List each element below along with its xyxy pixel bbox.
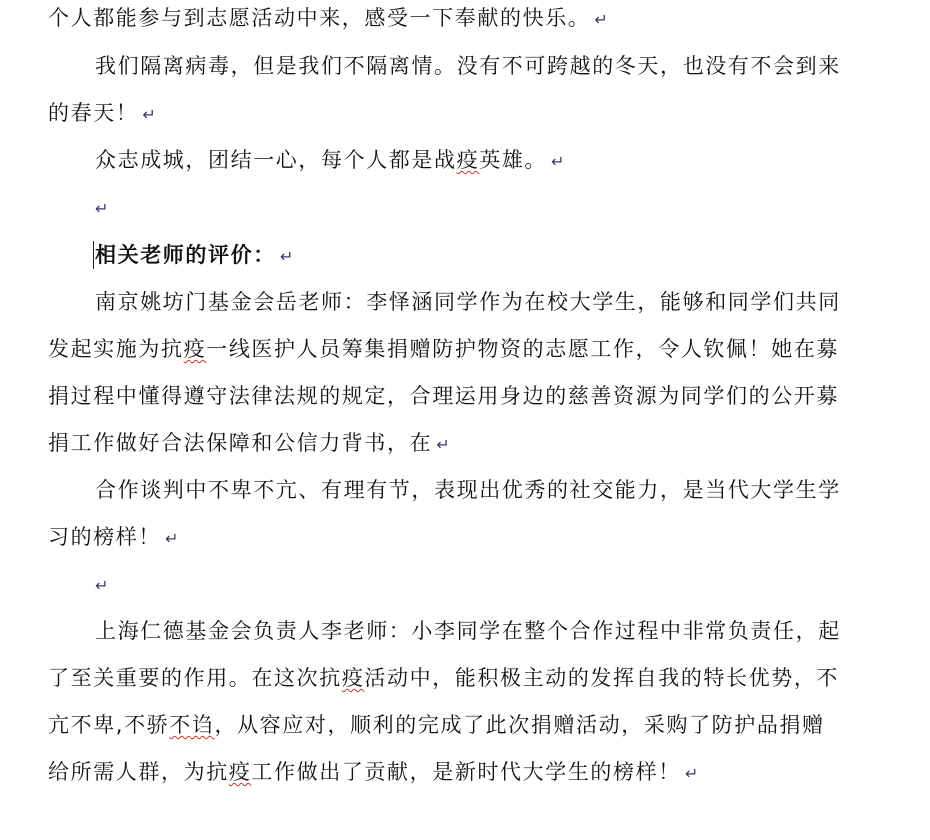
paragraph-mark-icon: ↵ bbox=[165, 529, 178, 548]
text-line: 亢不卑,不骄不诌，从容应对，顺利的完成了此次捐赠活动，采购了防护品捐赠 bbox=[48, 711, 825, 739]
text-line: 给所需人群，为抗疫工作做出了贡献，是新时代大学生的榜样！↵ bbox=[48, 758, 698, 786]
line-text: 一线医护人员筹集捐赠防护物资的志愿工作，令人钦佩！她在募 bbox=[206, 337, 839, 361]
section-heading: 相关老师的评价：↵ bbox=[95, 241, 293, 269]
paragraph-mark-icon: ↵ bbox=[436, 435, 449, 454]
line-text: ，从容应对，顺利的完成了此次捐赠活动，采购了防护品捐赠 bbox=[214, 713, 824, 737]
line-text: 习的榜样！ bbox=[48, 525, 161, 549]
text-line: 的春天！↵ bbox=[48, 99, 156, 127]
text-line: 众志成城，团结一心，每个人都是战疫英雄。↵ bbox=[95, 146, 564, 174]
line-text: 个人都能参与到志愿活动中来，感受一下奉献的快乐。 bbox=[48, 6, 590, 30]
line-text: 亢不卑,不骄 bbox=[48, 713, 169, 737]
paragraph-mark-icon: ↵ bbox=[551, 152, 564, 171]
text-line: 南京姚坊门基金会岳老师：李怿涵同学作为在校大学生，能够和同学们共同 bbox=[95, 288, 841, 316]
text-line: 发起实施为抗疫一线医护人员筹集捐赠防护物资的志愿工作，令人钦佩！她在募 bbox=[48, 335, 839, 363]
text-line: 上海仁德基金会负责人李老师：小李同学在整个合作过程中非常负责任，起 bbox=[95, 617, 841, 645]
spelling-error-word[interactable]: 不诌 bbox=[169, 713, 214, 737]
text-line: 习的榜样！↵ bbox=[48, 523, 178, 551]
paragraph-mark-icon: ↵ bbox=[142, 105, 155, 124]
line-text: 给所需人群，为抗 bbox=[48, 760, 229, 784]
paragraph-mark-icon: ↵ bbox=[95, 199, 108, 218]
spelling-error-word[interactable]: 疫 bbox=[229, 760, 252, 784]
line-text: 众志成城，团结一心，每个人都是战 bbox=[95, 148, 457, 172]
line-text: 捐工作做好合法保障和公信力背书，在 bbox=[48, 431, 432, 455]
text-line: 捐过程中懂得遵守法律法规的规定，合理运用身边的慈善资源为同学们的公开募 bbox=[48, 382, 839, 410]
text-line: 捐工作做好合法保障和公信力背书，在↵ bbox=[48, 429, 450, 457]
text-line: 个人都能参与到志愿活动中来，感受一下奉献的快乐。↵ bbox=[48, 4, 608, 32]
line-text: 英雄。 bbox=[479, 148, 547, 172]
text-line: 了至关重要的作用。在这次抗疫活动中，能积极主动的发挥自我的特长优势，不 bbox=[48, 664, 839, 692]
text-cursor bbox=[93, 241, 94, 269]
line-text: 南京姚坊门基金会岳老师：李怿涵同学作为在校大学生，能够和同学们共同 bbox=[95, 290, 841, 314]
spelling-error-word[interactable]: 疫 bbox=[457, 148, 480, 172]
spelling-error-word[interactable]: 疫 bbox=[184, 337, 207, 361]
text-line: 合作谈判中不卑不亢、有理有节，表现出优秀的社交能力，是当代大学生学 bbox=[95, 476, 841, 504]
line-text: 发起实施为抗 bbox=[48, 337, 184, 361]
line-text: 上海仁德基金会负责人李老师：小李同学在整个合作过程中非常负责任，起 bbox=[95, 619, 841, 643]
empty-line: ↵ bbox=[95, 570, 108, 598]
line-text: 合作谈判中不卑不亢、有理有节，表现出优秀的社交能力，是当代大学生学 bbox=[95, 478, 841, 502]
spelling-error-word[interactable]: 疫 bbox=[342, 666, 365, 690]
line-text: 活动中，能积极主动的发挥自我的特长优势，不 bbox=[364, 666, 839, 690]
text-line: 我们隔离病毒，但是我们不隔离情。没有不可跨越的冬天，也没有不会到来 bbox=[95, 52, 841, 80]
line-text: 我们隔离病毒，但是我们不隔离情。没有不可跨越的冬天，也没有不会到来 bbox=[95, 54, 841, 78]
line-text: 工作做出了贡献，是新时代大学生的榜样！ bbox=[251, 760, 680, 784]
paragraph-mark-icon: ↵ bbox=[685, 764, 698, 783]
heading-text: 相关老师的评价： bbox=[95, 243, 276, 267]
line-text: 的春天！ bbox=[48, 101, 138, 125]
paragraph-mark-icon: ↵ bbox=[95, 576, 108, 595]
line-text: 捐过程中懂得遵守法律法规的规定，合理运用身边的慈善资源为同学们的公开募 bbox=[48, 384, 839, 408]
line-text: 了至关重要的作用。在这次抗 bbox=[48, 666, 342, 690]
paragraph-mark-icon: ↵ bbox=[280, 247, 293, 266]
paragraph-mark-icon: ↵ bbox=[594, 10, 607, 29]
empty-line: ↵ bbox=[95, 193, 108, 221]
